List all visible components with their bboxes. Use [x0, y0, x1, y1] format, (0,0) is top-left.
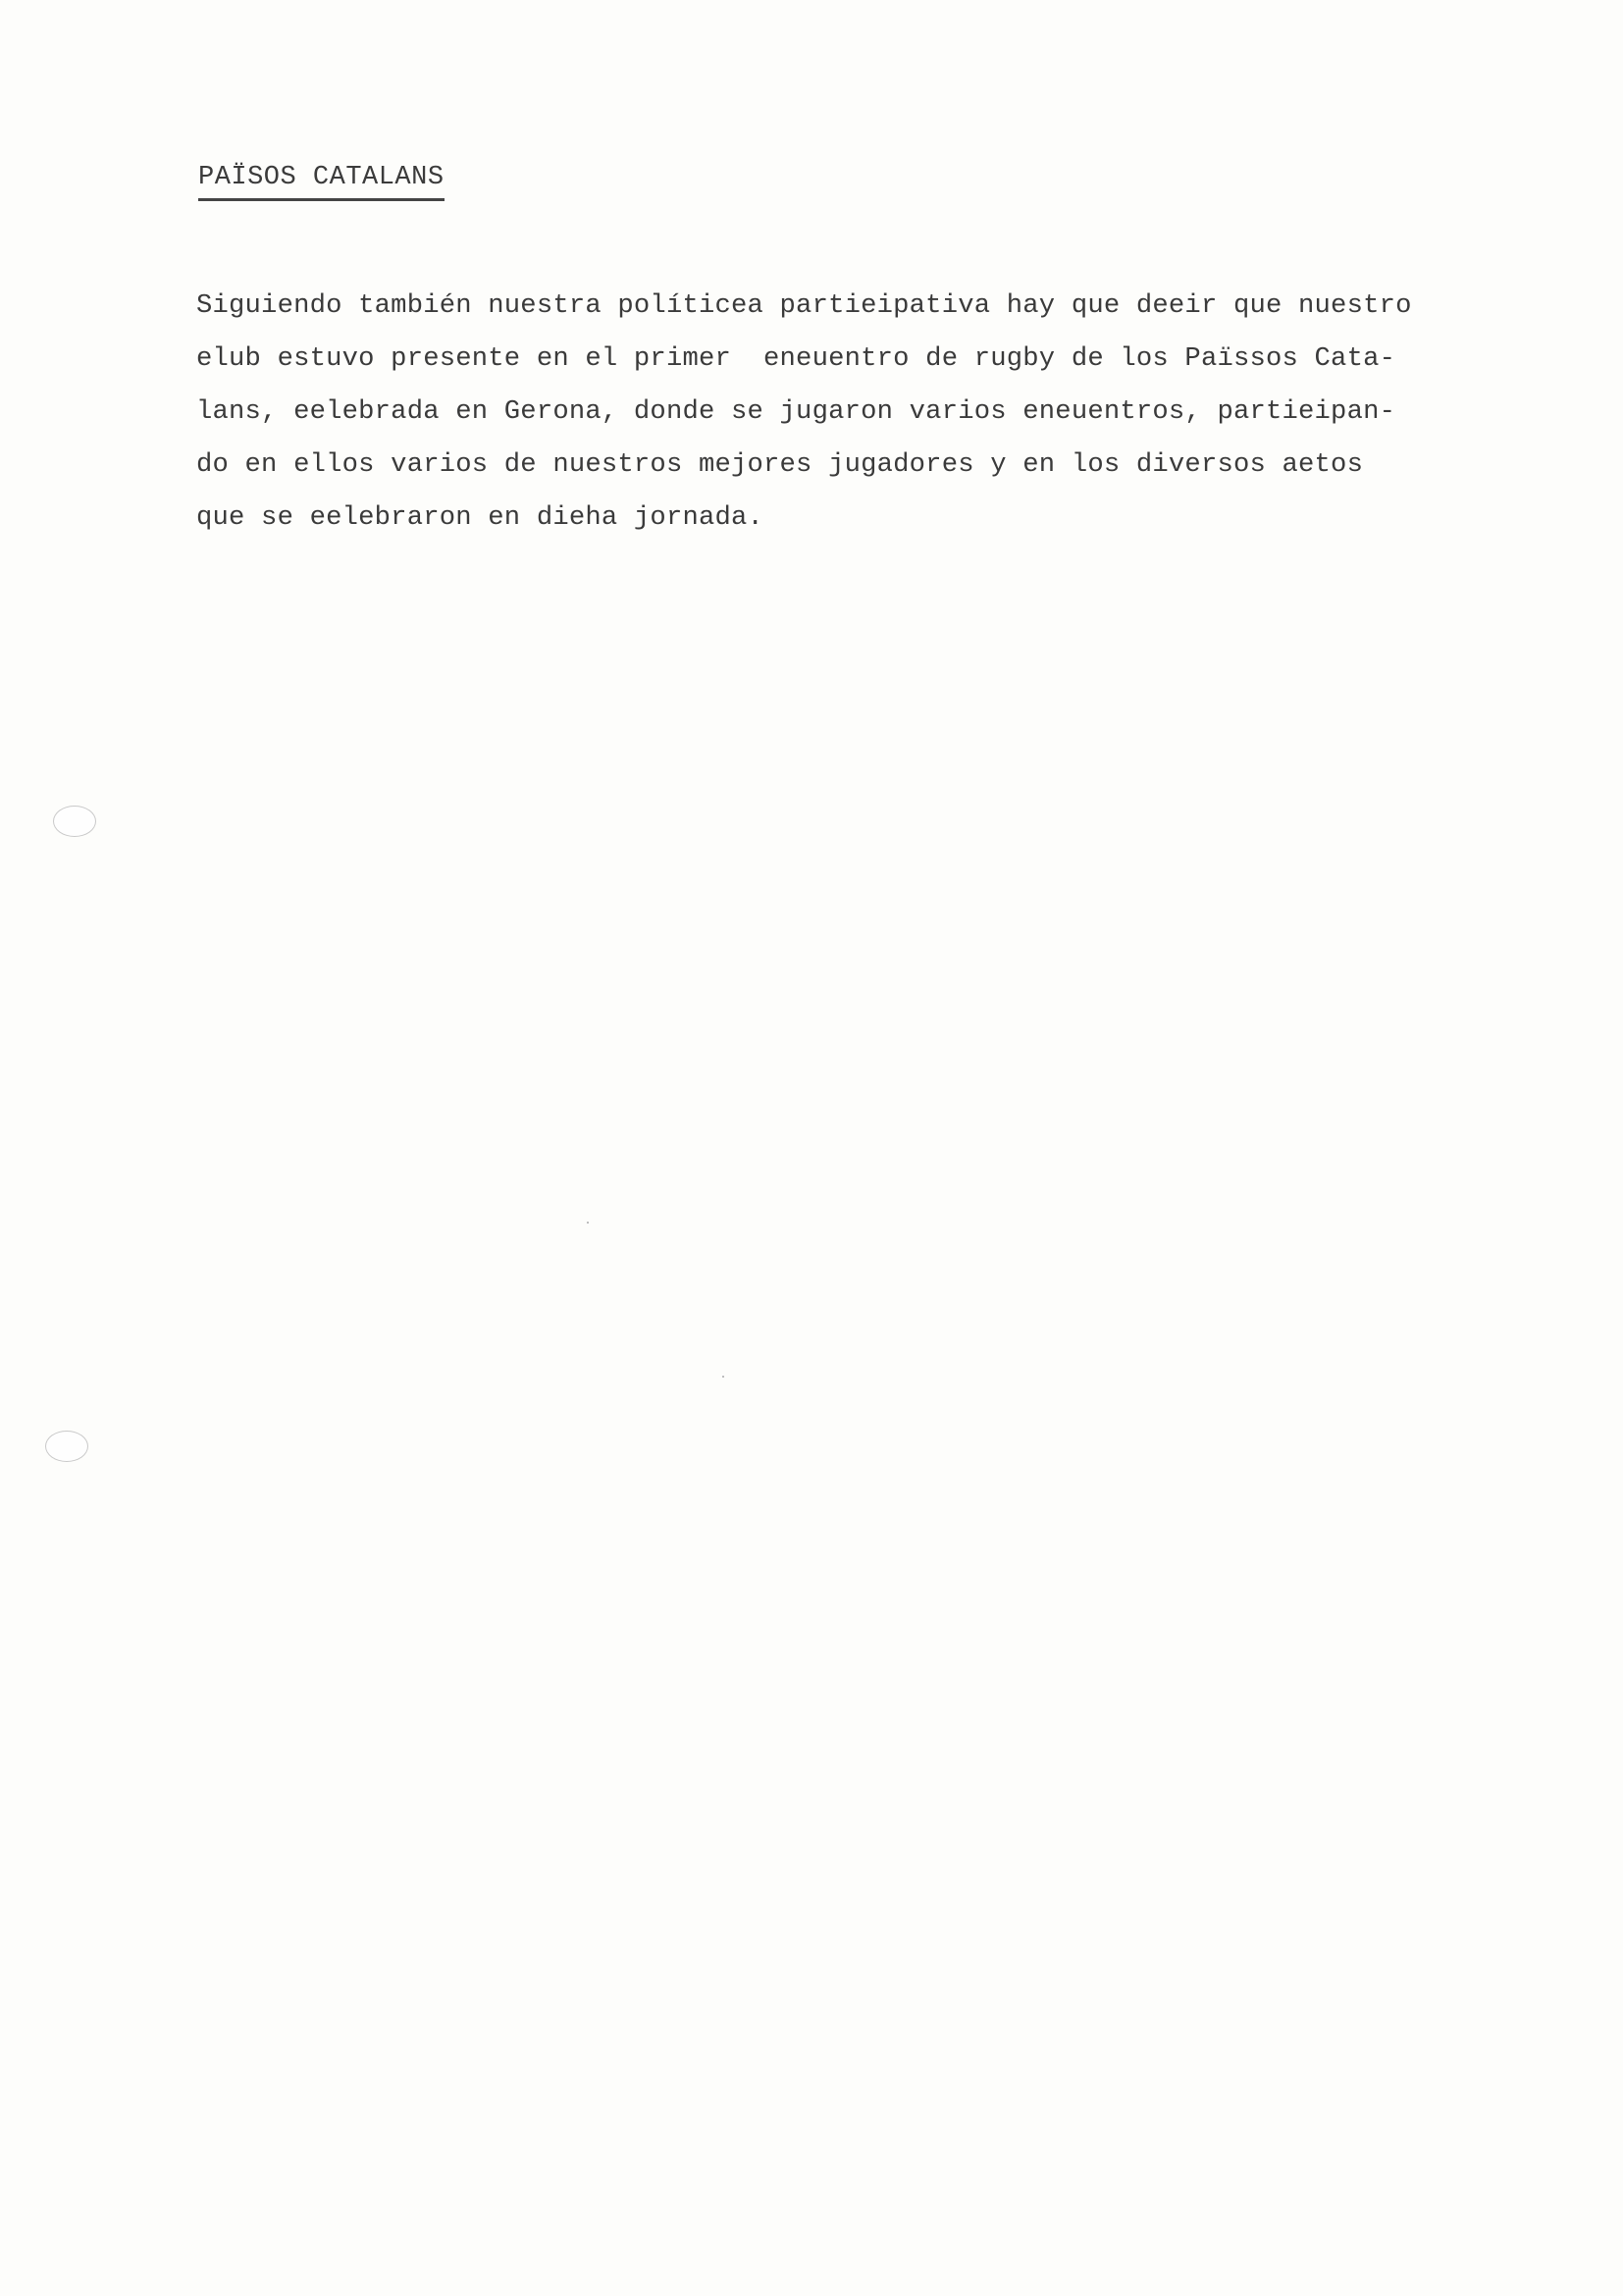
paper-speck: [587, 1222, 589, 1224]
typed-paragraph: Siguiendo también nuestra políticea part…: [196, 280, 1511, 545]
paragraph-line: que se eelebraron en dieha jornada.: [196, 492, 1511, 545]
punch-hole-top: [53, 806, 96, 837]
document-page: PAÏSOS CATALANS Siguiendo también nuestr…: [0, 0, 1623, 2296]
paragraph-line: do en ellos varios de nuestros mejores j…: [196, 439, 1511, 492]
punch-hole-bottom: [45, 1431, 88, 1462]
paragraph-line: lans, eelebrada en Gerona, donde se juga…: [196, 386, 1511, 439]
paragraph-line: elub estuvo presente en el primer eneuen…: [196, 333, 1511, 386]
paper-speck: [722, 1376, 724, 1378]
section-title: PAÏSOS CATALANS: [198, 163, 445, 201]
paragraph-line: Siguiendo también nuestra políticea part…: [196, 280, 1511, 333]
